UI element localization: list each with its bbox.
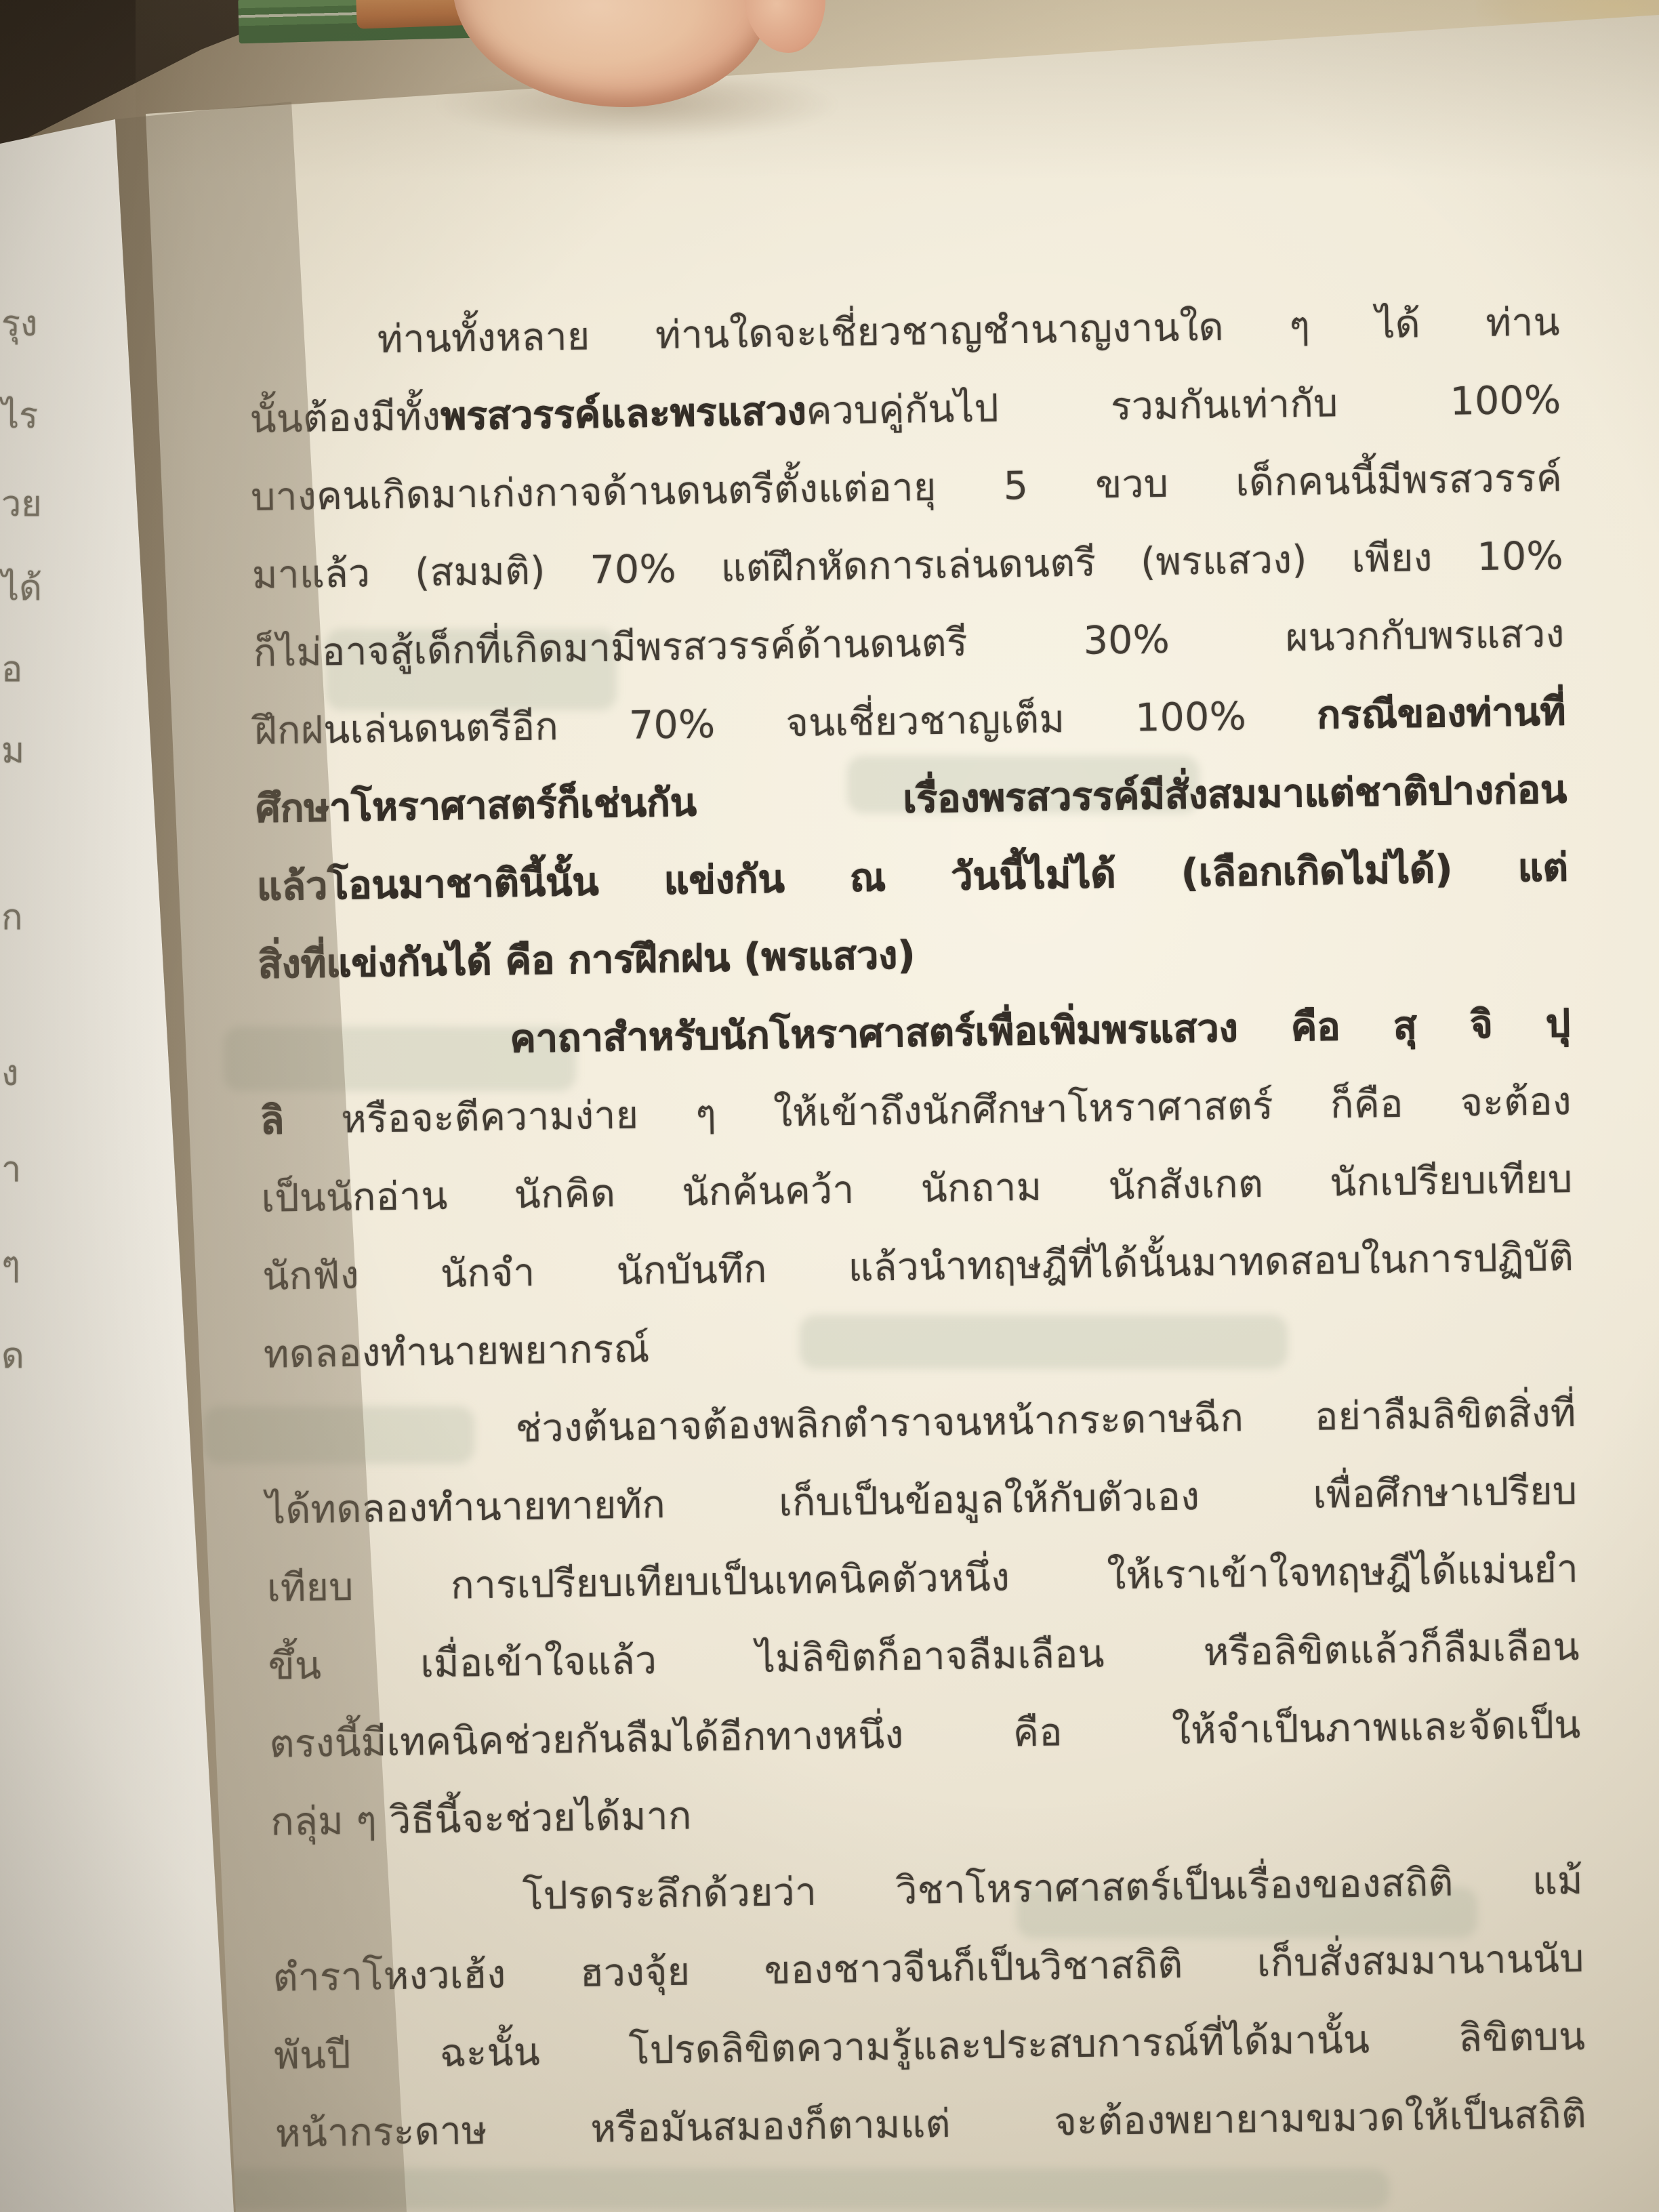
bold-text: กรณีของท่านที่: [1317, 689, 1566, 737]
body-text: บางคนเกิดมาเก่งกาจด้านดนตรีตั้งแต่อายุ 5…: [251, 455, 1563, 520]
bold-text: สิ่งที่แข่งกันได้ คือ การฝึกฝน (พรแสวง): [258, 933, 916, 987]
left-page-fragment: วย: [1, 487, 42, 522]
left-page-fragment: รุง: [1, 306, 37, 342]
body-text: กลุ่ม ๆ วิธีนี้จะช่วยได้มาก: [270, 1794, 692, 1845]
left-page-fragment: ไร: [1, 398, 38, 434]
body-text: ตรงนี้มีเทคนิคช่วยกันลืมได้อีกทางหนึ่ง ค…: [269, 1702, 1581, 1767]
body-text: ฝึกฝนเล่นดนตรีอีก 70% จนเชี่ยวชาญเต็ม 10…: [254, 693, 1317, 754]
bold-text: พรสวรรค์และพรแสวง: [441, 389, 806, 439]
body-text: ควบคู่กันไป รวมกันเท่ากับ 100%: [806, 377, 1561, 434]
bold-text: ลิ: [260, 1098, 284, 1143]
left-page-fragment: ม: [1, 733, 24, 769]
body-text: นั้นต้องมีทั้ง: [249, 394, 441, 442]
body-text: มาแล้ว (สมมติ) 70% แต่ฝึกหัดการเล่นดนตรี…: [251, 533, 1563, 598]
left-page-fragment: ได้: [1, 571, 42, 606]
body-text: ท่านทั้งหลาย ท่านใดจะเชี่ยวชาญชำนาญงานใด…: [377, 300, 1560, 362]
body-text: ทดลองทำนายพยากรณ์: [264, 1326, 650, 1376]
bold-text: แล้วโอนมาชาตินี้นั้น แข่งกัน ณ วันนี้ไม่…: [256, 845, 1568, 909]
body-text: นักฟัง นักจำ นักบันทึก แล้วนำทฤษฎีที่ได้…: [262, 1235, 1574, 1299]
body-text: ได้ทดลองทำนายทายทัก เก็บเป็นข้อมูลให้กับ…: [266, 1469, 1578, 1533]
body-text: หน้ากระดาษ หรือมันสมองก็ตามแต่ จะต้องพยา…: [275, 2092, 1587, 2156]
left-page-fragment: ด: [1, 1338, 24, 1374]
body-text: ช่วงต้นอาจต้องพลิกตำราจนหน้ากระดาษฉีก อย…: [515, 1391, 1576, 1451]
body-text: หรือจะตีความง่าย ๆ ให้เข้าถึงนักศึกษาโหร…: [284, 1079, 1572, 1143]
body-text: ขึ้น เมื่อเข้าใจแล้ว ไม่ลิขิตก็อาจลืมเลื…: [268, 1624, 1580, 1689]
body-text: เทียบ การเปรียบเทียบเป็นเทคนิคตัวหนึ่ง ใ…: [267, 1547, 1579, 1611]
body-text: เป็นนักอ่าน นักคิด นักค้นคว้า นักถาม นัก…: [261, 1157, 1573, 1221]
page-text-block: ท่านทั้งหลาย ท่านใดจะเชี่ยวชาญชำนาญงานใด…: [248, 283, 1587, 2173]
bold-text: คาถาสำหรับนักโหราศาสตร์เพื่อเพิ่มพรแสวง …: [510, 1001, 1571, 1061]
body-text: โปรดระลึกด้วยว่า วิชาโหราศาสตร์เป็นเรื่อ…: [522, 1858, 1583, 1919]
left-page-fragment: ือ: [1, 652, 22, 687]
left-page-fragment: า: [1, 1152, 21, 1187]
bold-text: ศึกษาโหราศาสตร์ก็เช่นกัน เรื่องพรสวรรค์ม…: [255, 767, 1568, 832]
left-page-fragment: ง: [1, 1056, 18, 1091]
body-text: พันปี ฉะนั้น โปรดลิขิตความรู้และประสบการ…: [274, 2014, 1586, 2078]
left-page-fragment: ก: [1, 900, 22, 935]
body-text: ก็ไม่อาจสู้เด็กที่เกิดมามีพรสวรรค์ด้านดน…: [253, 611, 1565, 676]
right-page: ท่านทั้งหลาย ท่านใดจะเชี่ยวชาญชำนาญงานใด…: [0, 0, 1659, 2212]
left-page-fragment: ๆ: [1, 1247, 20, 1282]
bleed-through-smudge: [203, 2169, 1389, 2209]
body-text: ตำราโหงวเฮ้ง ฮวงจุ้ย ของชาวจีนก็เป็นวิชา…: [272, 1936, 1584, 2001]
